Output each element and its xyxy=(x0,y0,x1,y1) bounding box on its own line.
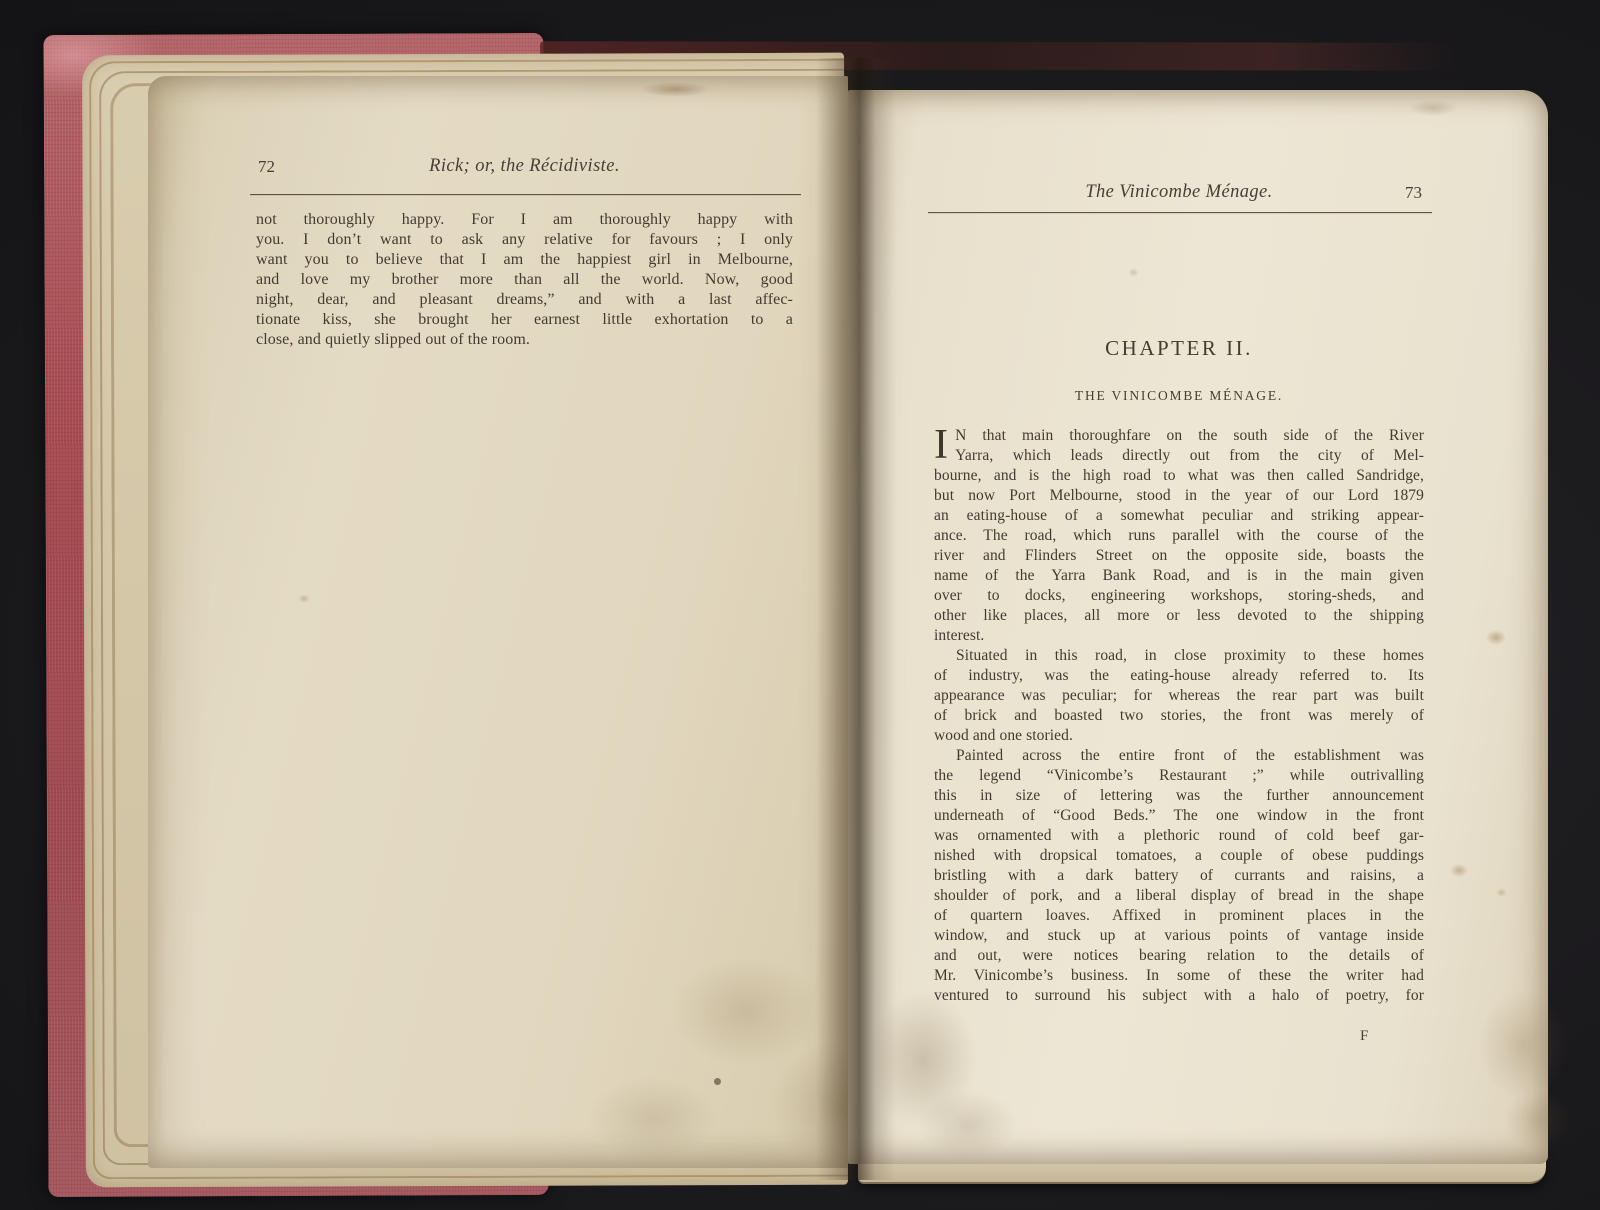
body-line: ventured to surround his subject with a … xyxy=(934,986,1424,1006)
right-header-rule xyxy=(928,212,1432,213)
foxing-spot xyxy=(1486,630,1506,645)
body-line: appearance was peculiar; for whereas the… xyxy=(934,686,1424,706)
right-running-header-row: The Vinicombe Ménage. 73 xyxy=(934,182,1424,206)
body-line: underneath of “Good Beds.” The one windo… xyxy=(934,806,1424,826)
body-line: Mr. Vinicombe’s business. In some of the… xyxy=(934,966,1424,986)
stain xyxy=(1503,1090,1573,1150)
body-line: wood and one storied. xyxy=(934,726,1424,746)
stain xyxy=(868,990,978,1130)
body-line: close, and quietly slipped out of the ro… xyxy=(256,330,793,350)
body-line: of industry, was the eating-house alread… xyxy=(934,666,1424,686)
left-header-rule xyxy=(250,194,801,195)
body-line: Situated in this road, in close proximit… xyxy=(934,646,1424,666)
body-line: name of the Yarra Bank Road, and is in t… xyxy=(934,566,1424,586)
body-line: window, and stuck up at various points o… xyxy=(934,926,1424,946)
right-page: The Vinicombe Ménage. 73 CHAPTER II. THE… xyxy=(848,90,1548,1164)
left-page: 72 Rick; or, the Récidiviste. not thorou… xyxy=(148,76,848,1168)
body-line: of quartern loaves. Affixed in prominent… xyxy=(934,906,1424,926)
body-line: shoulder of pork, and a liberal display … xyxy=(934,886,1424,906)
body-line: and love my brother more than all the wo… xyxy=(256,270,793,290)
stain xyxy=(1408,100,1458,116)
body-line: over to docks, engineering workshops, st… xyxy=(934,586,1424,606)
body-line: want you to believe that I am the happie… xyxy=(256,250,793,270)
left-running-header-row: 72 Rick; or, the Récidiviste. xyxy=(256,156,793,180)
left-running-title: Rick; or, the Récidiviste. xyxy=(256,156,793,177)
body-line: interest. xyxy=(934,626,1424,646)
body-line: nished with dropsical tomatoes, a couple… xyxy=(934,846,1424,866)
body-line: river and Flinders Street on the opposit… xyxy=(934,546,1424,566)
foxing-spot xyxy=(1496,888,1507,897)
body-line: tionate kiss, she brought her earnest li… xyxy=(256,310,793,330)
body-line: not thoroughly happy. For I am thoroughl… xyxy=(256,210,793,230)
chapter-heading: CHAPTER II. xyxy=(934,336,1424,361)
body-line: Yarra, which leads directly out from the… xyxy=(934,446,1424,466)
body-line: of brick and boasted two stories, the fr… xyxy=(934,706,1424,726)
right-running-title: The Vinicombe Ménage. xyxy=(934,182,1424,203)
body-line: the legend “Vinicombe’s Restaurant ;” wh… xyxy=(934,766,1424,786)
body-line: was ornamented with a plethoric round of… xyxy=(934,826,1424,846)
body-line: but now Port Melbourne, stood in the yea… xyxy=(934,486,1424,506)
stain xyxy=(670,956,820,1066)
body-line: ance. The road, which runs parallel with… xyxy=(934,526,1424,546)
stain xyxy=(918,1090,1018,1160)
foxing-spot xyxy=(298,594,310,603)
body-line: an eating-house of a somewhat peculiar a… xyxy=(934,506,1424,526)
stain xyxy=(640,82,710,97)
paragraph-2: Situated in this road, in close proximit… xyxy=(934,646,1424,746)
body-line: you. I don’t want to ask any relative fo… xyxy=(256,230,793,250)
foxing-spot xyxy=(1128,268,1139,277)
stain xyxy=(1478,990,1568,1100)
body-line: night, dear, and pleasant dreams,” and w… xyxy=(256,290,793,310)
right-page-number: 73 xyxy=(1405,183,1422,203)
body-line: this in size of lettering was the furthe… xyxy=(934,786,1424,806)
body-line: bristling with a dark battery of currant… xyxy=(934,866,1424,886)
paragraph-1: I N that main thoroughfare on the south … xyxy=(934,426,1424,646)
chapter-subtitle: THE VINICOMBE MÉNAGE. xyxy=(934,388,1424,404)
foxing-spot xyxy=(1450,864,1468,877)
speck xyxy=(714,1078,721,1085)
signature-mark: F xyxy=(1360,1028,1368,1045)
stain xyxy=(588,1076,718,1161)
body-line: Painted across the entire front of the e… xyxy=(934,746,1424,766)
body-line: bourne, and is the high road to what was… xyxy=(934,466,1424,486)
body-line: other like places, all more or less devo… xyxy=(934,606,1424,626)
body-line: N that main thoroughfare on the south si… xyxy=(934,426,1424,446)
body-line: and out, were notices bearing relation t… xyxy=(934,946,1424,966)
left-paragraph: not thoroughly happy. For I am thoroughl… xyxy=(256,210,793,350)
drop-cap: I xyxy=(934,426,955,465)
photo-background: 72 Rick; or, the Récidiviste. not thorou… xyxy=(0,0,1600,1210)
paragraph-3: Painted across the entire front of the e… xyxy=(934,746,1424,1006)
